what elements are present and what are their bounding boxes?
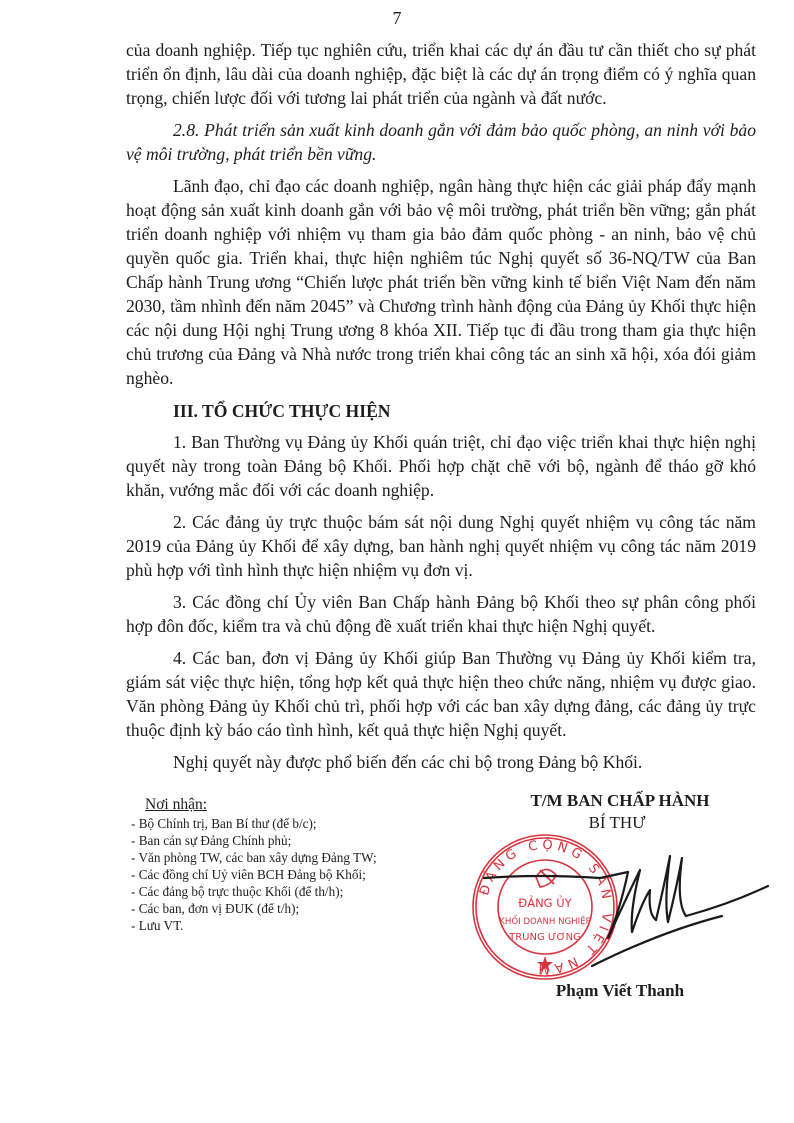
recipient-item: Văn phòng TW, các ban xây dựng Đảng TW; bbox=[131, 849, 461, 866]
recipient-item: Các ban, đơn vị ĐUK (để t/h); bbox=[131, 900, 461, 917]
handwritten-signature-icon bbox=[480, 850, 770, 970]
recipients-list: Bộ Chính trị, Ban Bí thư (để b/c); Ban c… bbox=[131, 815, 461, 934]
signer-role: BÍ THƯ bbox=[464, 812, 770, 834]
signer-name: Phạm Viết Thanh bbox=[470, 980, 770, 1002]
recipient-item: Ban cán sự Đảng Chính phủ; bbox=[131, 832, 461, 849]
section-2-8-text: Lãnh đạo, chỉ đạo các doanh nghiệp, ngân… bbox=[126, 174, 756, 390]
implementation-item-2: 2. Các đảng ủy trực thuộc bám sát nội du… bbox=[126, 510, 756, 582]
on-behalf-title: T/M BAN CHẤP HÀNH bbox=[470, 790, 770, 812]
closing-paragraph: Nghị quyết này được phổ biến đến các chi… bbox=[126, 750, 756, 774]
recipient-item: Lưu VT. bbox=[131, 917, 461, 934]
page-number: 7 bbox=[0, 6, 794, 30]
recipient-item: Các đồng chí Uỷ viên BCH Đảng bộ Khối; bbox=[131, 866, 461, 883]
recipients-title: Nơi nhận: bbox=[145, 795, 461, 815]
signature-block: T/M BAN CHẤP HÀNH BÍ THƯ bbox=[470, 790, 770, 834]
implementation-item-4: 4. Các ban, đơn vị Đảng ủy Khối giúp Ban… bbox=[126, 646, 756, 742]
document-body: của doanh nghiệp. Tiếp tục nghiên cứu, t… bbox=[126, 38, 756, 774]
recipients-block: Nơi nhận: Bộ Chính trị, Ban Bí thư (để b… bbox=[131, 795, 461, 934]
recipient-item: Bộ Chính trị, Ban Bí thư (để b/c); bbox=[131, 815, 461, 832]
implementation-item-1: 1. Ban Thường vụ Đảng ủy Khối quán triệt… bbox=[126, 430, 756, 502]
continued-paragraph: của doanh nghiệp. Tiếp tục nghiên cứu, t… bbox=[126, 38, 756, 110]
section-iii-heading: III. TỔ CHỨC THỰC HIỆN bbox=[126, 398, 756, 424]
section-2-8-title: 2.8. Phát triển sản xuất kinh doanh gắn … bbox=[126, 118, 756, 166]
implementation-item-3: 3. Các đồng chí Ủy viên Ban Chấp hành Đả… bbox=[126, 590, 756, 638]
recipient-item: Các đảng bộ trực thuộc Khối (để th/h); bbox=[131, 883, 461, 900]
